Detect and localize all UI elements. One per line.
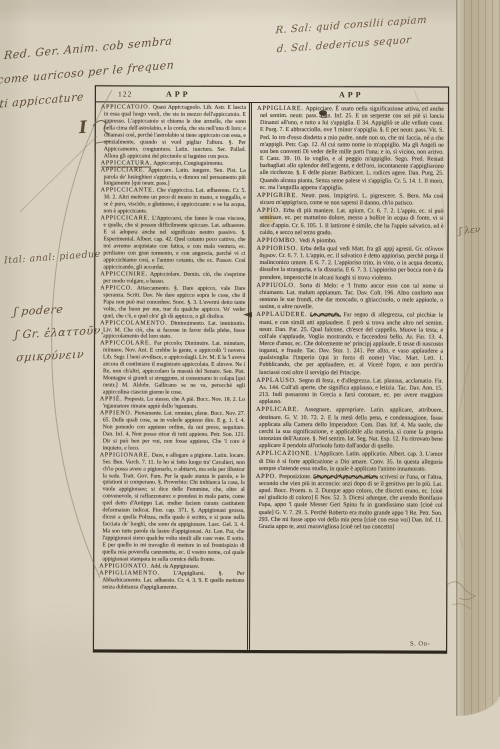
entry-headword: Appiuolo.: [256, 282, 296, 289]
scanned-book-page: ʃ λεν I Red. Ger. Anim. cob sembracome u…: [0, 0, 500, 749]
dictionary-entry: Appiccolare. Far piccolo; Diminuire. Lat…: [100, 341, 245, 397]
entry-headword: Applicazione.: [256, 450, 313, 457]
entry-body-text: Far piccolo; Diminuire. Lat. minutare, m…: [103, 341, 245, 396]
handwriting-line: d. Sal. dedericus sequor: [276, 30, 429, 60]
dictionary-entry: Applauso. Segno di festa, e d'allegrezza…: [256, 377, 443, 407]
handwritten-margin-note-greek: ʃ podereʃ Gr. ἐλαττοῦν.σμικρύνειν: [13, 296, 106, 370]
handwritten-note-top-right: R. Sal: quid consilii capiamd. Sal. dede…: [275, 11, 429, 59]
entry-body-text: L'Appiccarsi, che fanno le cose viscose,…: [103, 216, 245, 271]
handwritten-margin-note: Ital: anal: piaedue: [4, 249, 101, 267]
entry-headword: Appigliare.: [257, 105, 304, 112]
entry-headword: Appiccicante.: [101, 188, 155, 194]
running-head-right: APP: [339, 90, 364, 99]
entry-headword: Appiombo.: [257, 237, 298, 244]
dictionary-entry: Appigionare. Dare, e allogare a pigione.…: [99, 452, 245, 564]
entry-body-text: scrivesi or l'una, or l'altra, secondo c…: [259, 474, 443, 530]
entry-body-text: Quasi Appiccagnolo. Lib. Astr. E lascia …: [104, 105, 246, 160]
book-page-edge: ʃ λεν: [456, 0, 500, 716]
entry-body-text: Preposiz. Lo stesso, che A piè. Bocc. No…: [103, 397, 245, 410]
entry-headword: Appiccicare.: [101, 216, 150, 222]
dictionary-entry: Appigliamento. L'Appigliarsi. §. Per Abb…: [99, 570, 244, 591]
dictionary-entry: Applicazione. L'Applicare. Latin. applic…: [256, 450, 443, 473]
entry-body-text: Appicciare. È usato nella significazione…: [260, 106, 444, 191]
dictionary-entry: Appiuolo. Sorta di Melo: e 'l frutto anc…: [256, 282, 443, 312]
right-column: Appigliare. Appicciare. È usato nella si…: [251, 103, 448, 634]
handwritten-margin-mark: I: [78, 118, 88, 139]
entry-headword: Appiccatojo.: [101, 104, 151, 110]
entry-headword: Appioriso.: [257, 245, 299, 252]
dictionary-entry: Appicco. Attaccamento. §. Dare appicco, …: [100, 285, 245, 320]
entry-headword: Appiccolare.: [100, 341, 151, 347]
struck-out-text: Sincopa d'Appresso, talora: [313, 474, 378, 480]
dictionary-entry: Appigrire. Neutr. pass. Impigrirsi. L. p…: [257, 192, 444, 208]
entry-headword: Appigionare.: [100, 452, 150, 458]
struck-out-text: La sommda.: [310, 313, 341, 319]
entry-headword: Appio.: [257, 207, 281, 214]
entry-body-text: Vedi A piombo.: [298, 238, 337, 244]
dictionary-entry: Appigliare. Appicciare. È usato nella si…: [257, 105, 444, 193]
dictionary-entry: Appioriso. Erba della qual vedi Matt. fr…: [256, 245, 443, 282]
entry-body-text: Pienamente. Lat. omnino, plene. Bocc. No…: [103, 410, 245, 451]
entry-body-text: Preposizione.: [277, 474, 313, 480]
entry-headword: Applauso.: [256, 377, 297, 384]
dictionary-entry: Appio. Erba di più maniere. Lat. apium. …: [257, 207, 444, 237]
dictionary-entry: Appiè. Preposiz. Lo stesso, che A piè. B…: [100, 396, 245, 410]
dictionary-entry: Appiccinire. Appicciolare. Demin. ciò, c…: [100, 271, 245, 285]
running-head-left: APP: [166, 89, 191, 98]
page-masthead: 122 APP APP: [96, 86, 448, 103]
handwriting-line: R. Sal: quid consilii capiam: [275, 11, 428, 41]
entry-headword: Applicare.: [256, 406, 300, 413]
entry-headword: Appigionato.: [99, 563, 149, 569]
entry-headword: Appigrire.: [257, 192, 299, 199]
entry-headword: Appiccolamento.: [100, 320, 167, 326]
handwriting-line: ʃ podere: [13, 296, 105, 324]
dictionary-entry: Appiccatojo. Quasi Appiccagnolo. Lib. As…: [101, 104, 246, 160]
entry-headword: Appicciare.: [101, 167, 146, 173]
handwriting-line: I Red. Ger. Anim. cob sembra: [0, 29, 173, 69]
dictionary-entry: Applicare. Assegnare, appropriare. Latin…: [256, 406, 443, 451]
printed-text-frame: 122 APP APP Appiccatojo. Quasi Appiccagn…: [93, 85, 449, 653]
page-number: 122: [118, 89, 132, 98]
handwriting-line: ʃ Gr. ἐλαττοῦν.: [14, 319, 106, 347]
dictionary-entry: Appiccicante. Che s'appiccica. Lat. adha…: [101, 188, 246, 216]
entry-body-text: Far segno di allegrezza, col picchiar le…: [259, 313, 443, 376]
entry-headword: Appiè.: [100, 396, 123, 402]
entry-body-text: Dare, e allogare a pigione. Latin. locar…: [102, 452, 245, 563]
entry-headword: Appieno.: [100, 410, 133, 416]
catchword: S. On-: [410, 640, 430, 647]
entry-headword: Applaudere.: [256, 311, 307, 318]
entry-body-text: Erba di più maniere. Lat. apium. Cr. 6. …: [260, 208, 444, 236]
pencil-line-left: [20, 136, 97, 212]
dictionary-entry: Appo. Preposizione. Sincopa d'Appresso, …: [256, 473, 443, 532]
dictionary-entry: Appicciare. Appiccare. Latin. iungere. S…: [101, 167, 246, 188]
text-columns: Appiccatojo. Quasi Appiccagnolo. Lib. As…: [94, 102, 448, 633]
entry-body-text: Add. da Appigionare.: [149, 563, 199, 569]
entry-headword: Appicco.: [100, 285, 133, 291]
left-column: Appiccatojo. Quasi Appiccagnolo. Lib. As…: [94, 102, 248, 633]
dictionary-entry: Appieno. Pienamente. Lat. omnino, plene.…: [100, 410, 245, 452]
entry-headword: Appo.: [256, 473, 278, 480]
dictionary-entry: Appiccolamento. Diminuimento. Lat. immin…: [100, 320, 245, 341]
edge-handwriting-fragment: ʃ λεν: [459, 225, 481, 237]
entry-headword: Appiccatura.: [101, 160, 152, 166]
entry-body-text: Assegnare, appropriare. Latin. applicare…: [259, 408, 443, 450]
entry-headword: Appigliamento.: [99, 570, 160, 576]
entry-headword: Appiccinire.: [100, 271, 147, 277]
dictionary-entry: Applaudere. La sommda. Far segno di alle…: [256, 311, 443, 377]
dictionary-entry: Appiccicare. L'Appiccarsi, che fanno le …: [100, 216, 245, 272]
entry-body-text: Appiccatojo, Congiugnimento.: [152, 160, 223, 166]
